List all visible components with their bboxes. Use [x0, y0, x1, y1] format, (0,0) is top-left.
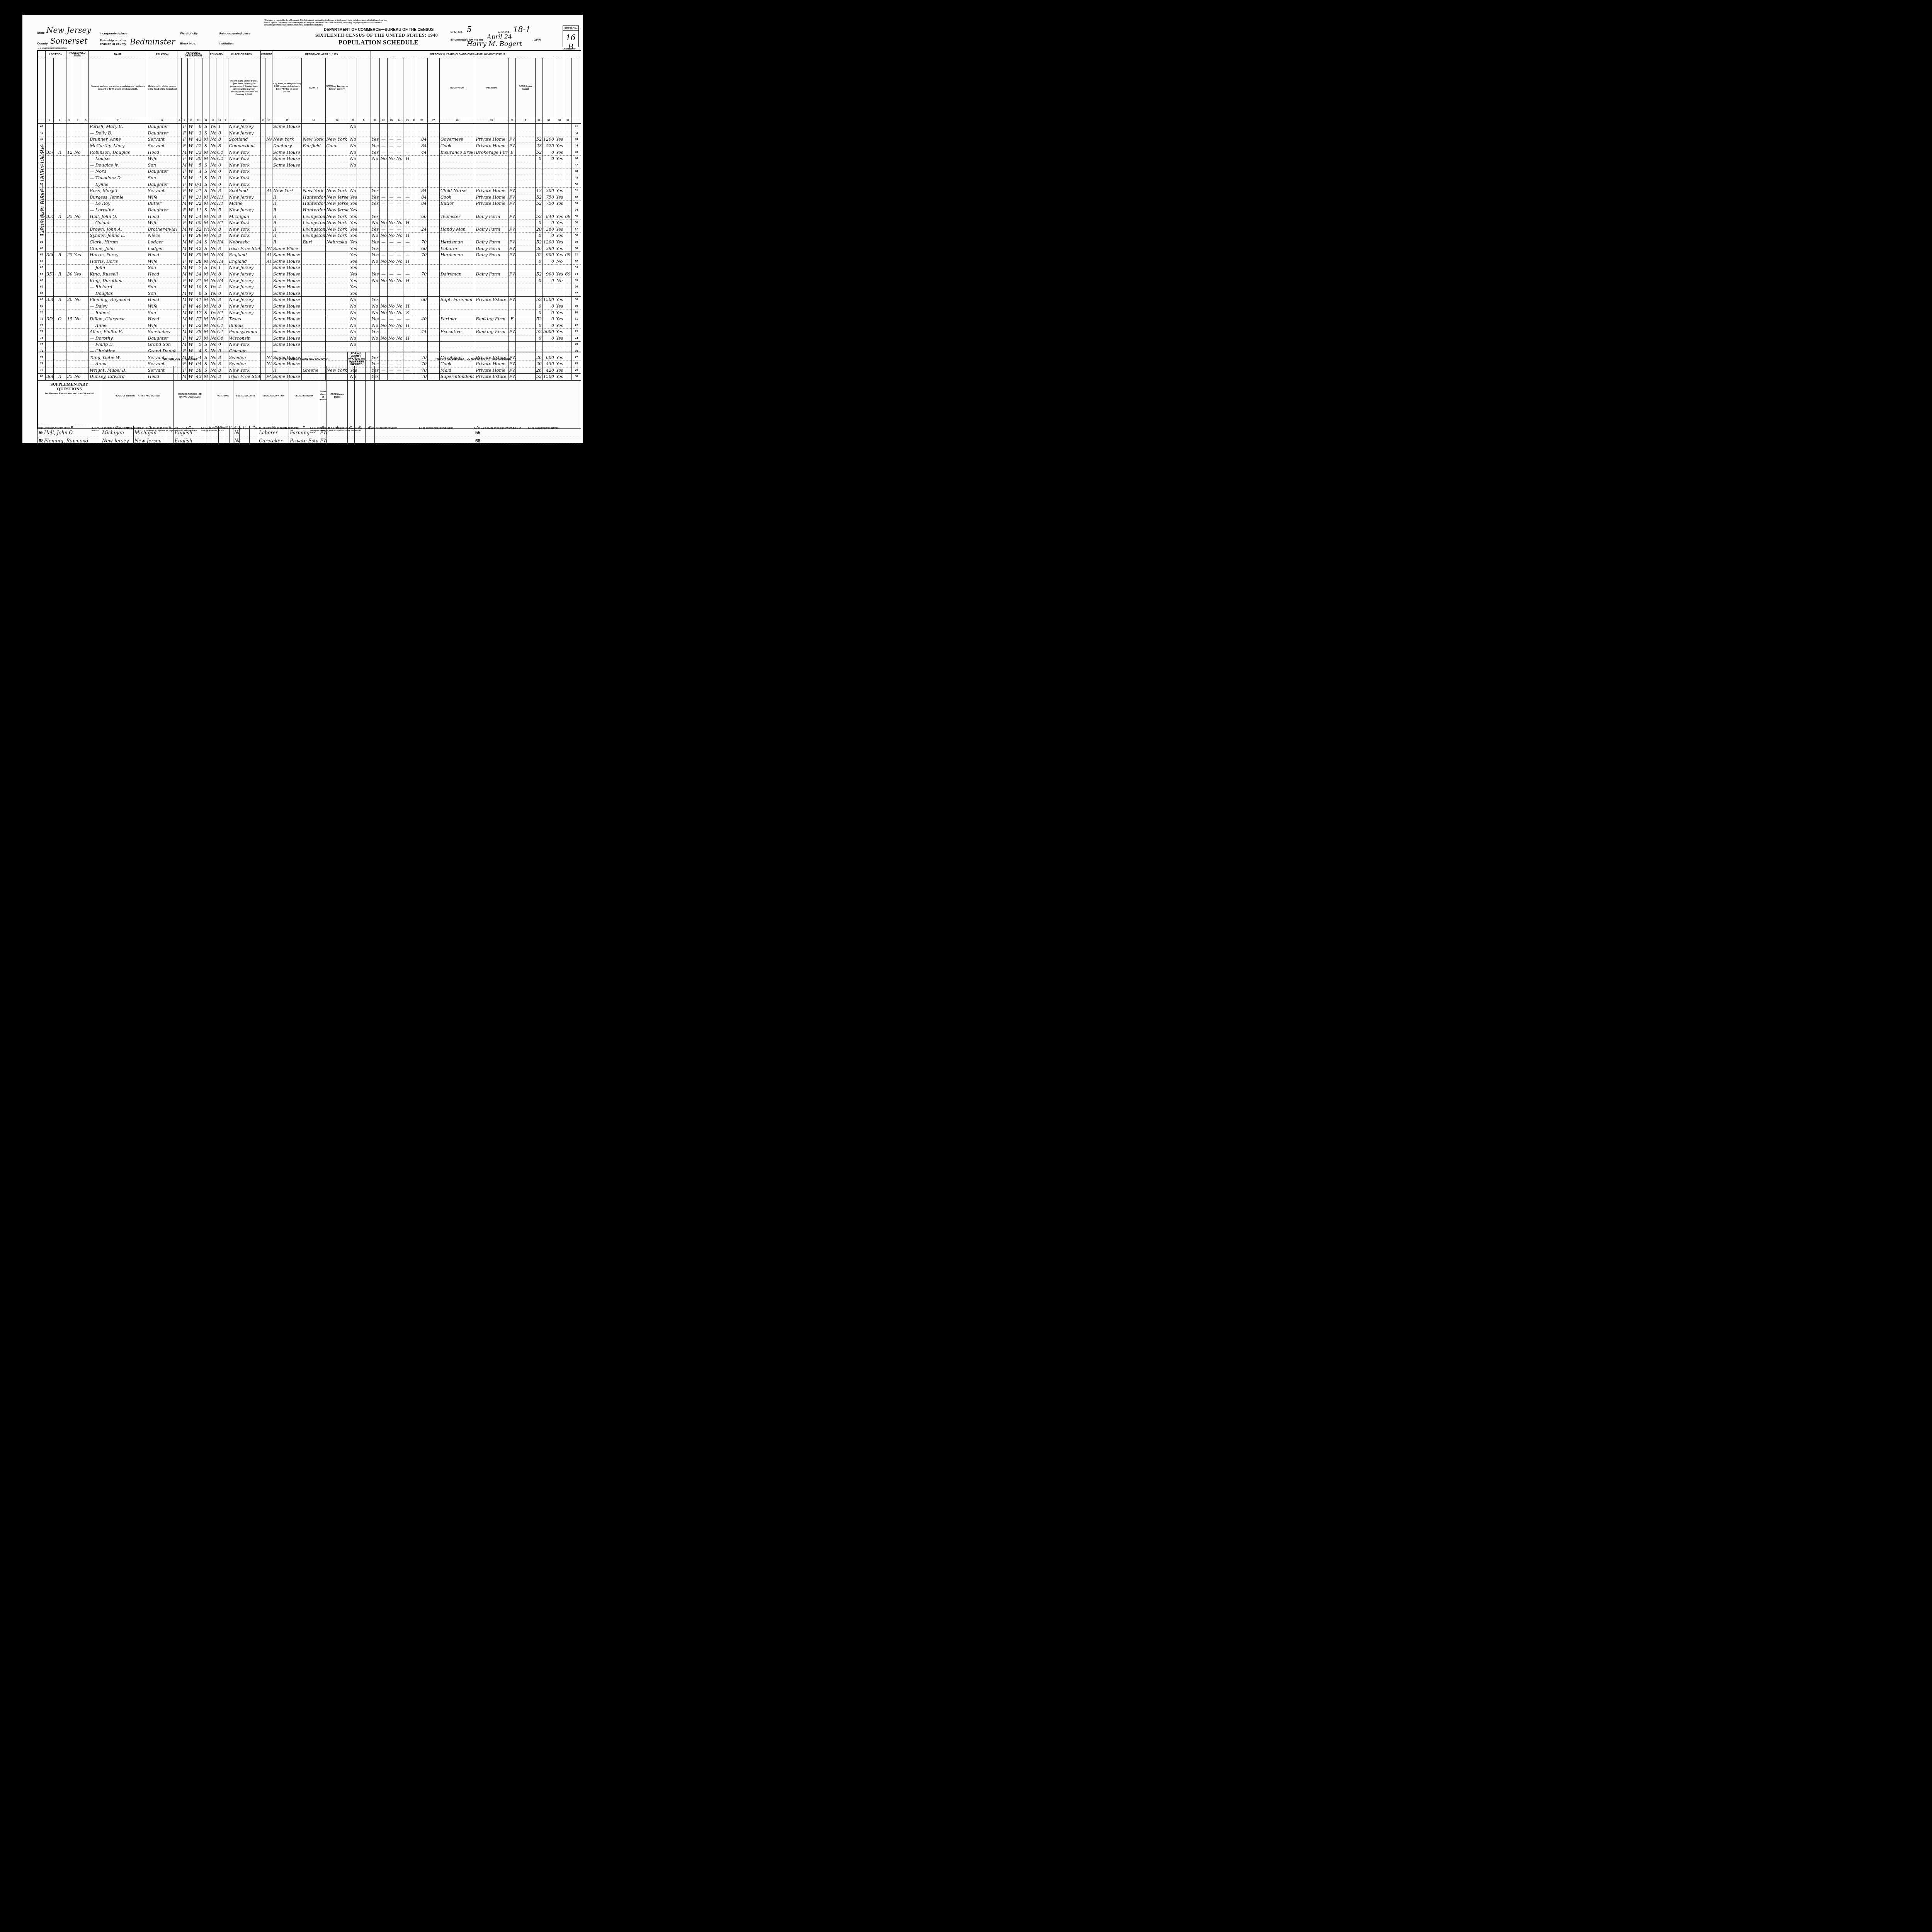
cell-rel: Son: [147, 284, 177, 290]
table-row: 72— AnneWifeFW52MNoC4IllinoisSame HouseN…: [38, 322, 581, 329]
cell-wks: [536, 290, 543, 297]
cell-birth: New Jersey: [228, 290, 260, 297]
cell-e23: —: [388, 271, 395, 277]
cell-sch: No: [209, 201, 216, 207]
cell-e22: —: [379, 297, 387, 303]
cell-e24: —: [395, 194, 403, 201]
cell-occ: Cook: [439, 143, 475, 149]
line-number: 51: [572, 187, 581, 194]
cell-cls: [509, 284, 516, 290]
cell-inc: 0: [542, 219, 555, 226]
group-location: LOCATION: [46, 51, 66, 58]
cell-res-county: [302, 245, 325, 252]
cell-farm35: No: [349, 149, 357, 156]
relation-description: Relationship of this person to the head …: [147, 58, 177, 118]
cell-rel: Daughter: [147, 168, 177, 175]
cell-cit: [265, 329, 272, 335]
cell-rel: Son: [147, 310, 177, 316]
cell-c34: [564, 245, 571, 252]
cell-farm35: Yes: [349, 239, 357, 245]
cell-dw: 354: [46, 149, 53, 156]
cell-grade: C4: [216, 335, 223, 342]
cell-grade: 5: [216, 207, 223, 213]
line-number: 47: [572, 162, 581, 168]
township-value: Bedminster: [130, 37, 175, 46]
cell-res-county: [302, 252, 325, 258]
cell-birth: New Jersey: [228, 277, 260, 284]
cell-birth: New York: [228, 149, 260, 156]
cell-inc: 1500: [542, 297, 555, 303]
cell-e23: No: [388, 258, 395, 265]
cell-farm35: Yes: [349, 252, 357, 258]
cell-ms: M: [202, 149, 209, 156]
cell-e25: [403, 226, 412, 233]
cell-farm: [72, 233, 83, 239]
cell-inc: 750: [542, 194, 555, 201]
cell-inc: 0: [542, 149, 555, 156]
cell-tenure: [53, 322, 66, 329]
cell-hrs: 84: [416, 143, 428, 149]
cell-ind: [475, 219, 509, 226]
supplementary-title: SUPPLEMENTARY QUESTIONS: [38, 382, 100, 391]
cell-farm: [72, 194, 83, 201]
cell-e21: No: [371, 335, 379, 342]
cell-birth: New Jersey: [228, 194, 260, 201]
table-row: 48— NoraDaughterFW4SNo0New York48: [38, 168, 581, 175]
cell-race: W: [188, 136, 194, 143]
cell-value: [66, 322, 72, 329]
cell-e25: —: [403, 245, 412, 252]
cell-res-state: [325, 252, 349, 258]
cell-c34: [564, 335, 571, 342]
cell-hrs: [416, 181, 428, 188]
cell-age: 31: [194, 194, 202, 201]
cell-res-city: R: [272, 233, 302, 239]
line-number: 66: [572, 284, 581, 290]
cell-rel: Wife: [147, 194, 177, 201]
cell-res-city: Same House: [272, 155, 302, 162]
cell-birth: Wisconsin: [228, 335, 260, 342]
cell-farm: [72, 136, 83, 143]
sheet-label: Sheet No.: [563, 26, 578, 31]
cell-grade: 0: [216, 181, 223, 188]
line-number: 45: [572, 149, 581, 156]
cell-cls: [509, 233, 516, 239]
cell-occ: [439, 162, 475, 168]
cell-oth: [555, 342, 564, 348]
cell-e23: —: [388, 239, 395, 245]
cell-e22: No: [379, 258, 387, 265]
cell-farm35: Yes: [349, 271, 357, 277]
cell-occ: Cook: [439, 194, 475, 201]
cell-wks: 52: [536, 329, 543, 335]
table-row: 66— RichardSonMW10SYes4New JerseySame Ho…: [38, 284, 581, 290]
cell-farm35: Yes: [349, 277, 357, 284]
cell-sex: F: [181, 136, 188, 143]
cell-tenure: [53, 258, 66, 265]
cell-rel: Servant: [147, 187, 177, 194]
cell-wks: [536, 123, 543, 130]
cell-grade: 0: [216, 130, 223, 136]
cell-tenure: [53, 277, 66, 284]
cell-farm35: [349, 168, 357, 175]
cell-birth: New Jersey: [228, 207, 260, 213]
cell-inc: [542, 130, 555, 136]
cell-e21: Yes: [371, 245, 379, 252]
cell-age: 6: [194, 123, 202, 130]
cell-value: 30: [66, 297, 72, 303]
cell-e21: Yes: [371, 187, 379, 194]
cell-grade: 1: [216, 123, 223, 130]
cell-tenure: [53, 207, 66, 213]
cell-inc: [542, 162, 555, 168]
cell-farm35: Yes: [349, 233, 357, 239]
cell-inc: 300: [542, 187, 555, 194]
cell-ind: [475, 233, 509, 239]
cell-farm35: No: [349, 162, 357, 168]
cell-res-city: Same Place: [272, 245, 302, 252]
cell-sex: M: [181, 175, 188, 181]
line-number: 64: [38, 271, 46, 277]
cell-cit: [265, 297, 272, 303]
cell-res-state: [325, 245, 349, 252]
cell-sex: F: [181, 277, 188, 284]
cell-rel: Son: [147, 265, 177, 271]
cell-e24: [395, 168, 403, 175]
cell-wks: 0: [536, 335, 543, 342]
cell-res-county: [302, 303, 325, 310]
cell-tenure: [53, 181, 66, 188]
cell-rel: Son: [147, 162, 177, 168]
cell-e21: No: [371, 233, 379, 239]
cell-age: 5: [194, 342, 202, 348]
cell-res-county: [302, 162, 325, 168]
cell-birth: New York: [228, 155, 260, 162]
cell-age: 52: [194, 143, 202, 149]
cell-c34: [564, 143, 571, 149]
cell-c34: [564, 181, 571, 188]
cell-birth: England: [228, 252, 260, 258]
cell-dw: [46, 284, 53, 290]
group-household: HOUSEHOLD DATA: [66, 51, 89, 58]
cell-farm35: Yes: [349, 213, 357, 220]
cell-res-city: Same House: [272, 303, 302, 310]
cell-res-county: Fairfield: [302, 143, 325, 149]
cell-cit: [265, 175, 272, 181]
supplementary-section: SUPPLEMENTARY QUESTIONS For Persons Enum…: [37, 352, 581, 429]
cell-cls: [509, 290, 516, 297]
note-block: Col. 24. DID THIS PERSON HAVE A JOB?: [419, 427, 471, 442]
cell-c34: [564, 162, 571, 168]
cell-e25: [403, 265, 412, 271]
cell-value: 25: [66, 252, 72, 258]
cell-farm35: [349, 130, 357, 136]
cell-sch: No: [209, 342, 216, 348]
cell-ind: [475, 284, 509, 290]
table-row: 51Ross, Mary T.ServantFW51SNo8ScotlandAl…: [38, 187, 581, 194]
cell-sch: No: [209, 239, 216, 245]
cell-e21: [371, 265, 379, 271]
cell-cls: PW: [509, 213, 516, 220]
cell-occ: [439, 322, 475, 329]
cell-sch: No: [209, 130, 216, 136]
cell-age: 32: [194, 201, 202, 207]
cell-res-county: [302, 277, 325, 284]
cell-hrs: [416, 162, 428, 168]
cell-race: W: [188, 284, 194, 290]
supp-class: Usual class of worker: [319, 366, 327, 426]
cell-occ: Butler: [439, 201, 475, 207]
cell-race: W: [188, 207, 194, 213]
cell-farm: [72, 322, 83, 329]
cell-wks: 0: [536, 219, 543, 226]
cell-oth: Yes: [555, 201, 564, 207]
table-row: 61356R25YesHarris, PercyHeadMW35MNoH4Eng…: [38, 252, 581, 258]
cell-name: — Douglas Jr.: [89, 162, 147, 168]
cell-rel: Head: [147, 149, 177, 156]
cell-dw: [46, 335, 53, 342]
cell-hrs: 40: [416, 316, 428, 322]
cell-farm: [72, 201, 83, 207]
cell-rel: Son-in-law: [147, 329, 177, 335]
cell-value: [66, 310, 72, 316]
cell-e22: —: [379, 252, 387, 258]
line-number: 71: [572, 316, 581, 322]
line-number: 73: [572, 329, 581, 335]
cell-value: [66, 277, 72, 284]
cell-cit: [265, 201, 272, 207]
cell-res-state: [325, 181, 349, 188]
cell-birth: New Jersey: [228, 303, 260, 310]
cell-sch: No: [209, 181, 216, 188]
cell-age: 29: [194, 233, 202, 239]
cell-res-county: Hunterdon: [302, 207, 325, 213]
cell-farm: [72, 265, 83, 271]
cell-c34: [564, 219, 571, 226]
cell-tenure: [53, 226, 66, 233]
cell-ms: S: [202, 130, 209, 136]
cell-occ: [439, 258, 475, 265]
cell-res-city: R: [272, 239, 302, 245]
cell-race: W: [188, 226, 194, 233]
cell-res-city: R: [272, 219, 302, 226]
cell-c34: [564, 155, 571, 162]
group-residence: RESIDENCE, APRIL 1, 1935: [272, 51, 371, 58]
cell-cit: [265, 226, 272, 233]
cell-cls: [509, 342, 516, 348]
cell-cit: [265, 233, 272, 239]
cell-e24: [395, 290, 403, 297]
cell-farm: [72, 175, 83, 181]
cell-inc: [542, 123, 555, 130]
cell-sch: No: [209, 271, 216, 277]
cell-birth: Maine: [228, 201, 260, 207]
cell-name: McCarthy, Mary: [89, 143, 147, 149]
cell-res-city: [272, 181, 302, 188]
cell-cit: [265, 290, 272, 297]
line-number: 46: [572, 155, 581, 162]
cell-cls: E: [509, 316, 516, 322]
cell-oth: Yes: [555, 187, 564, 194]
cell-grade: 1: [216, 265, 223, 271]
cell-e23: No: [388, 310, 395, 316]
cell-sex: M: [181, 226, 188, 233]
cell-farm35: Yes: [349, 258, 357, 265]
cell-farm: [72, 143, 83, 149]
cell-wks: [536, 342, 543, 348]
line-number: 61: [38, 252, 46, 258]
county-label: County: [37, 42, 48, 45]
cell-e21: No: [371, 310, 379, 316]
cell-e25: —: [403, 149, 412, 156]
cell-e23: No: [388, 322, 395, 329]
cell-sch: No: [209, 252, 216, 258]
cell-value: [66, 194, 72, 201]
cell-sch: Yes: [209, 290, 216, 297]
cell-c34: [564, 123, 571, 130]
cell-name: Dillon, Clarence: [89, 316, 147, 322]
cell-e25: [403, 162, 412, 168]
cell-ind: Brokerage Firm: [475, 149, 509, 156]
cell-age: 4: [194, 168, 202, 175]
cell-birth: New York: [228, 342, 260, 348]
group-personal: PERSONAL DESCRIPTION: [177, 51, 209, 58]
cell-res-state: [325, 130, 349, 136]
cell-race: W: [188, 155, 194, 162]
cell-inc: 1200: [542, 136, 555, 143]
cell-value: 30: [66, 271, 72, 277]
cell-inc: 390: [542, 245, 555, 252]
cell-sch: No: [209, 335, 216, 342]
cell-e24: —: [395, 187, 403, 194]
supp-office: FOR OFFICE USE ONLY—DO NOT WRITE IN THES…: [366, 352, 581, 366]
cell-sex: F: [181, 168, 188, 175]
cell-farm: [72, 155, 83, 162]
cell-grade: 4: [216, 284, 223, 290]
cell-name: — Nora: [89, 168, 147, 175]
cell-farm35: No: [349, 143, 357, 149]
ed-value: 18-1: [513, 25, 531, 34]
cell-birth: New York: [228, 168, 260, 175]
cell-e24: —: [395, 143, 403, 149]
cell-res-state: New York: [325, 187, 349, 194]
supp-veterans: VETERANS: [213, 366, 233, 426]
cell-farm35: No: [349, 155, 357, 162]
cell-ms: M: [202, 316, 209, 322]
cell-birth: New Jersey: [228, 265, 260, 271]
cell-ms: M: [202, 258, 209, 265]
cell-cls: [509, 310, 516, 316]
cell-occ: Executive: [439, 329, 475, 335]
cell-res-state: New York: [325, 136, 349, 143]
cell-cls: PW: [509, 271, 516, 277]
cell-name: Clark, Hiram: [89, 239, 147, 245]
cell-e23: [388, 342, 395, 348]
cell-wks: 52: [536, 252, 543, 258]
cell-dw: 358: [46, 297, 53, 303]
cell-age: 43: [194, 136, 202, 143]
cell-oth: Yes: [555, 219, 564, 226]
cell-oth: [555, 181, 564, 188]
cell-c34: 69: [564, 252, 571, 258]
cell-cit: Al: [265, 187, 272, 194]
cell-sex: F: [181, 187, 188, 194]
cell-grade: 0: [216, 175, 223, 181]
cell-e24: [395, 123, 403, 130]
cell-res-county: [302, 265, 325, 271]
cell-occ: Handy Man: [439, 226, 475, 233]
cell-birth: New York: [228, 162, 260, 168]
cell-sch: Yes: [209, 284, 216, 290]
cell-sex: F: [181, 130, 188, 136]
cell-e23: [388, 284, 395, 290]
cell-oth: Yes: [555, 316, 564, 322]
cell-sex: F: [181, 123, 188, 130]
cell-res-state: Conn: [325, 143, 349, 149]
cell-e23: No: [388, 233, 395, 239]
cell-e22: No: [379, 155, 387, 162]
cell-sex: M: [181, 271, 188, 277]
cell-oth: No: [555, 277, 564, 284]
table-row: 68358R30NoFleming, RaymondHeadMW41MNo8Ne…: [38, 297, 581, 303]
cell-cit: [265, 310, 272, 316]
cell-sex: M: [181, 213, 188, 220]
line-number: 52: [572, 194, 581, 201]
cell-farm: [72, 258, 83, 265]
cell-age: 38: [194, 258, 202, 265]
cell-res-county: Hunterdon: [302, 201, 325, 207]
cell-hrs: 24: [416, 226, 428, 233]
birth-description: If born in the United States, give State…: [228, 58, 260, 118]
cell-birth: New Jersey: [228, 297, 260, 303]
cell-tenure: [53, 136, 66, 143]
cell-e22: —: [379, 143, 387, 149]
cell-e22: No: [379, 233, 387, 239]
cell-c34: [564, 310, 571, 316]
cell-tenure: R: [53, 271, 66, 277]
cell-tenure: [53, 233, 66, 239]
cell-grade: 8: [216, 303, 223, 310]
cell-e22: [379, 175, 387, 181]
cell-sch: No: [209, 219, 216, 226]
cell-e22: —: [379, 201, 387, 207]
cell-sch: Yes: [209, 310, 216, 316]
census-sheet: State New Jersey County Somerset Incorpo…: [22, 15, 583, 443]
cell-name: Ross, Mary T.: [89, 187, 147, 194]
cell-c34: [564, 233, 571, 239]
cell-e24: —: [395, 329, 403, 335]
cell-hrs: [416, 155, 428, 162]
line-number: 62: [572, 258, 581, 265]
cell-inc: 900: [542, 271, 555, 277]
supplementary-subtitle: For Persons Enumerated on Lines 55 and 6…: [38, 391, 100, 396]
cell-e25: H: [403, 335, 412, 342]
cell-wks: 52: [536, 239, 543, 245]
cell-e24: No: [395, 233, 403, 239]
cell-rel: Wife: [147, 277, 177, 284]
cell-sex: F: [181, 258, 188, 265]
cell-e23: No: [388, 303, 395, 310]
census-title: SIXTEENTH CENSUS OF THE UNITED STATES: 1…: [315, 32, 438, 38]
table-row: 56— GoldahWifeFW60MNoH1New YorkRLivingst…: [38, 219, 581, 226]
cell-name: Harris, Percy: [89, 252, 147, 258]
cell-farm35: No: [349, 322, 357, 329]
line-number: 66: [38, 284, 46, 290]
cell-grade: H1: [216, 219, 223, 226]
township-label: Township or other division of county: [100, 39, 128, 46]
cell-grade: H1: [216, 201, 223, 207]
cell-farm: [72, 310, 83, 316]
